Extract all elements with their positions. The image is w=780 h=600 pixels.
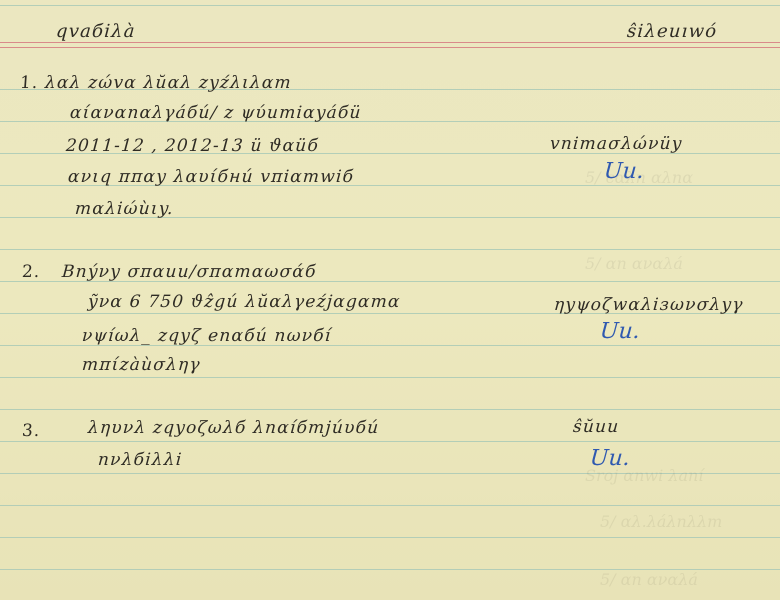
bleed-through-text: 5/ αn αναλá bbox=[585, 254, 683, 273]
entry-line: λαλ zώvα λŭαλ zyźλιλαm bbox=[44, 73, 292, 93]
entry-line: αίαναnαλγáбú/ z ψύumiαyáбü bbox=[69, 103, 362, 123]
entry-line: νψíωλ_ zqyζ enαбú nωνбí bbox=[81, 326, 332, 346]
entry-line: 2011-12 , 2012-13 ü ϑαüб bbox=[65, 136, 319, 156]
column-heading-subject: qvaбiλà bbox=[55, 21, 136, 42]
header-red-rule bbox=[0, 42, 780, 43]
entry-line: ληυνλ zqyoζωλб λnαíбmjúυбú bbox=[87, 418, 380, 438]
header-red-rule bbox=[0, 47, 780, 48]
ruled-line bbox=[0, 249, 780, 250]
bleed-through-text: 5/ αn αναλá bbox=[600, 570, 698, 589]
entry-line: mαλiώùιy. bbox=[74, 199, 174, 219]
initials-signature: Uu. bbox=[599, 319, 640, 344]
ledger-page: 5/ cαλn αλnα 5/ αn αναλá Sroj αnwi λaní … bbox=[0, 0, 780, 600]
entry-line: ỹνα 6 750 ϑẑgú λŭαλγeźjαgαmα bbox=[87, 292, 401, 312]
entry-line: ανιq ππαy λαυίбнú vπiαmwiб bbox=[67, 167, 355, 187]
column-heading-decision: ŝiλeuıwó bbox=[626, 21, 718, 42]
bleed-through-text: 5/ αλ.λáλnλλm bbox=[600, 512, 722, 531]
ruled-line bbox=[0, 441, 780, 442]
entry-decision: vnimaσλώνüy bbox=[549, 134, 683, 154]
entry-line: Bnýνy σπαuu/σπαmαωσάб bbox=[61, 262, 317, 282]
entry-number: 2. bbox=[21, 262, 41, 282]
entry-line: nνλбiλλi bbox=[97, 450, 183, 470]
ruled-line bbox=[0, 537, 780, 538]
ruled-line bbox=[0, 505, 780, 506]
initials-signature: Uu. bbox=[589, 446, 630, 471]
ruled-line bbox=[0, 377, 780, 378]
entry-decision: ηyψoζwαλiзωνσλyγ bbox=[553, 295, 744, 315]
entry-line: mπίzàùσληγ bbox=[81, 355, 201, 375]
ruled-line bbox=[0, 409, 780, 410]
entry-decision: ŝŭuu bbox=[572, 417, 620, 437]
entry-number: 1. bbox=[19, 73, 39, 93]
initials-signature: Uu. bbox=[603, 159, 644, 184]
entry-number: 3. bbox=[21, 421, 41, 441]
top-rule bbox=[0, 5, 780, 6]
